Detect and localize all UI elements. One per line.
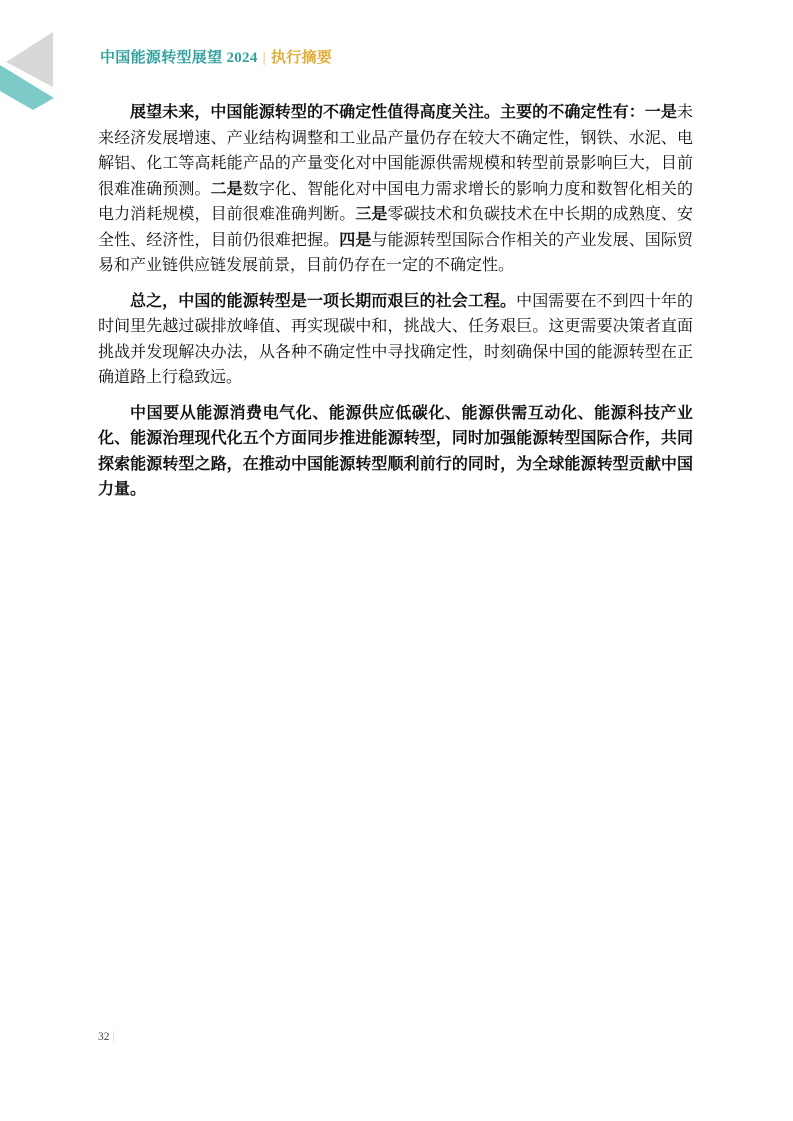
text-run-bold: 总之，中国的能源转型是一项长期而艰巨的社会工程。 — [130, 293, 516, 310]
corner-decoration — [0, 12, 60, 117]
body-text: 展望未来，中国能源转型的不确定性值得高度关注。主要的不确定性有：一是未来经济发展… — [98, 100, 693, 513]
text-run-bold: 四是 — [339, 232, 371, 249]
text-run-bold: 三是 — [355, 206, 387, 223]
paragraph: 中国要从能源消费电气化、能源供应低碳化、能源供需互动化、能源科技产业化、能源治理… — [98, 401, 693, 503]
text-run-bold: 二是 — [211, 181, 243, 198]
text-run-bold: 中国要从能源消费电气化、能源供应低碳化、能源供需互动化、能源科技产业化、能源治理… — [98, 405, 693, 499]
header-divider: | — [263, 50, 266, 66]
text-run-bold: 展望未来，中国能源转型的不确定性值得高度关注。主要的不确定性有：一是 — [130, 104, 677, 121]
document-page: 中国能源转型展望 2024|执行摘要 展望未来，中国能源转型的不确定性值得高度关… — [0, 0, 793, 1121]
paragraph: 展望未来，中国能源转型的不确定性值得高度关注。主要的不确定性有：一是未来经济发展… — [98, 100, 693, 279]
report-title: 中国能源转型展望 2024 — [100, 50, 258, 66]
paragraph: 总之，中国的能源转型是一项长期而艰巨的社会工程。中国需要在不到四十年的时间里先越… — [98, 289, 693, 391]
page-number: 32 — [98, 1031, 110, 1043]
page-header: 中国能源转型展望 2024|执行摘要 — [100, 46, 332, 67]
report-subtitle: 执行摘要 — [271, 50, 332, 66]
page-footer: 32| — [98, 1029, 115, 1044]
page-number-divider: | — [113, 1029, 116, 1043]
